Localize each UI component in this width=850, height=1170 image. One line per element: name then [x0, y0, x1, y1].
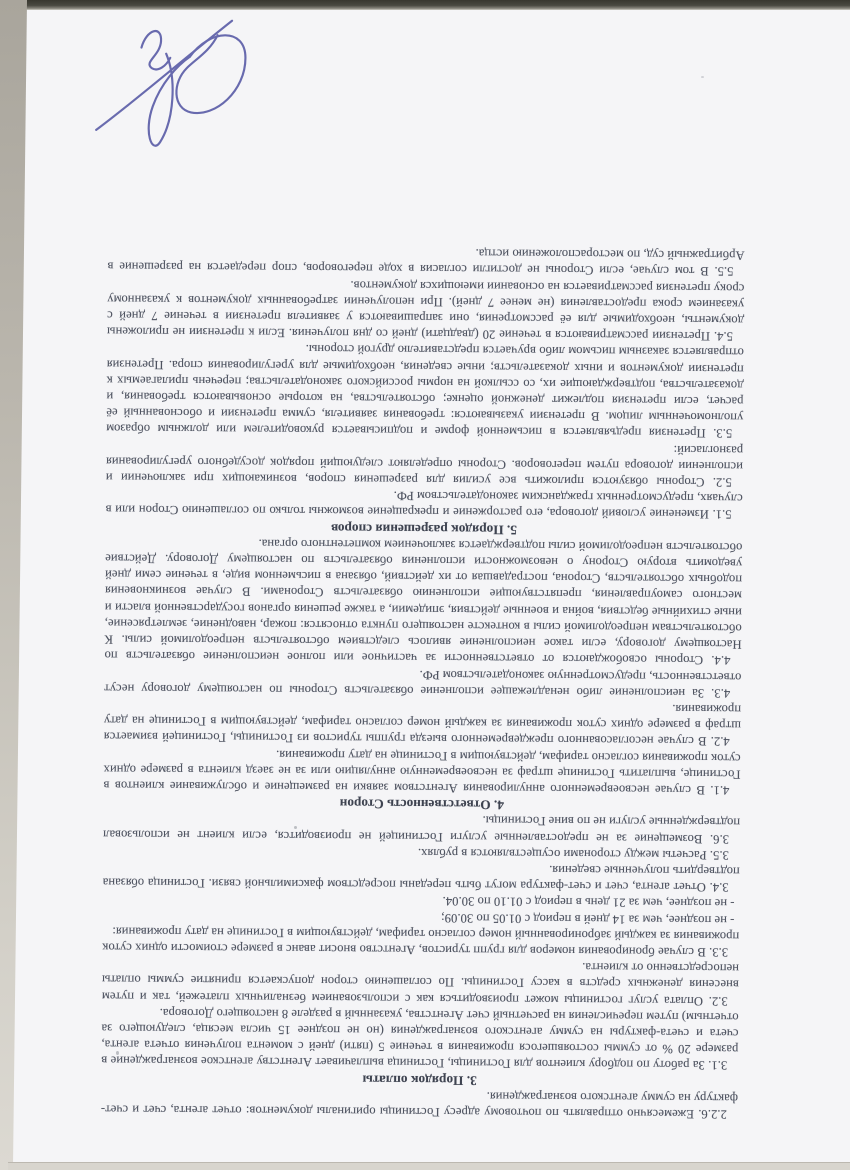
contract-paragraph: 3.3. В случае бронирования номеров для г… [102, 923, 739, 960]
scanned-page: 2.2.6. Ежемесячно отправлять по почтовом… [0, 0, 850, 1170]
contract-document-rotated: 2.2.6. Ежемесячно отправлять по почтовом… [0, 0, 850, 1170]
scan-speck [701, 76, 704, 78]
contract-paragraph: 4.2. В случае несогласованного преждевре… [104, 696, 741, 750]
contract-paragraph: 5.2. Стороны обязуются приложить все уси… [106, 437, 743, 491]
contract-paragraph: 3.2. Оплата услуг гостиницы может произв… [102, 955, 739, 1009]
contract-paragraph: 4.3. За неисполнение либо ненадлежащее и… [104, 664, 741, 701]
contract-paragraph: 3.6. Возмещение за не предоставленные ус… [103, 810, 740, 847]
scan-speck [116, 1051, 119, 1055]
contract-paragraph: 5.4. Претензии рассматриваются в течение… [107, 275, 744, 345]
contract-paragraph: 5.3. Претензия предъявляется в письменно… [106, 340, 744, 442]
scanner-edge-bottom [8, 1162, 850, 1170]
contract-paragraph: 3.4. Отчет агента, счет и счет-фактура м… [103, 858, 740, 895]
contract-text-block: 2.2.6. Ежемесячно отправлять по почтовом… [0, 242, 850, 1170]
scanner-edge-top [21, 0, 850, 10]
contract-paragraph: 4.1. В случае несвоевременного аннулиров… [103, 745, 740, 799]
contract-paragraph: 2.2.6. Ежемесячно отправлять по почтовом… [101, 1085, 738, 1122]
contract-paragraph: 4.4. Стороны освобождаются от ответствен… [104, 534, 742, 669]
contract-paragraph: 5.5. В том случае, если Стороны не дости… [107, 243, 744, 280]
contract-paragraph: 5.1. Изменение условий договора, его рас… [106, 486, 743, 523]
scan-speck [294, 826, 297, 829]
contract-paragraph: 3.1. За работу по подбору клиентов для Г… [101, 1004, 738, 1074]
